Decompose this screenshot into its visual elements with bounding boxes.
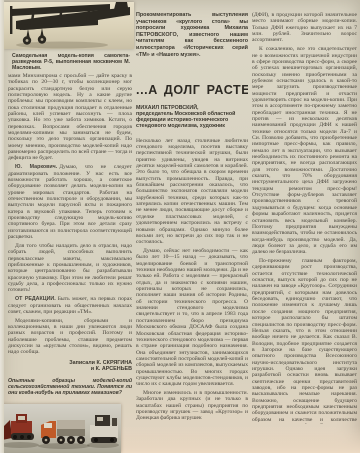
- editorial-lead: ОТ РЕДАКЦИИ.: [15, 296, 56, 302]
- truck-model: [41, 420, 85, 444]
- vehicle-models-icon: [0, 404, 121, 453]
- body-paragraph: К сожалению, все это свидетельствует не …: [252, 46, 357, 255]
- column-left: мами Минхимпрома с просьбой — дайте крас…: [8, 73, 132, 403]
- body-paragraph: Ю. Маркович.Думаю, что не следует драмат…: [8, 164, 132, 240]
- body-paragraph: Для того чтобы наладить дело в отрасли, …: [8, 243, 132, 294]
- body-paragraph: Моделями-копиями, сборными и коллекционн…: [8, 318, 132, 356]
- body-paragraph: Многое изменилось и в промышленности. За…: [136, 390, 248, 422]
- model-airplane-photo: [4, 2, 134, 49]
- speaker-name: Ю. Маркович.: [15, 164, 57, 170]
- model-vehicles-photo: [0, 404, 121, 453]
- photo-caption-top: Самодельная модель-копия самолета-развед…: [12, 53, 130, 71]
- body-paragraph: Несколько лет назад столичные любители с…: [136, 138, 248, 246]
- column-right: (ДФИ), в продукции которой значительное …: [252, 12, 357, 424]
- body-paragraph: По-прежнему главным фактором, сдерживающ…: [252, 258, 357, 424]
- body-paragraph: ОТ РЕДАКЦИИ.Быть может, на первых порах …: [8, 296, 132, 315]
- magazine-page: Самодельная модель-копия самолета-развед…: [0, 0, 360, 453]
- byline-role: председатель Московской областной федера…: [136, 111, 248, 130]
- column-middle: Прокомментировать выступления участников…: [136, 12, 248, 424]
- authors-signature: Записали К. СКРЯГИНА и К. АРСЕНЬЕВ: [8, 360, 132, 373]
- article-headline: ...А ДОЛГ РАСТЕТ: [136, 87, 248, 93]
- article-intro: Прокомментировать выступления участников…: [136, 12, 248, 58]
- body-paragraph: (ДФИ), в продукции которой значительное …: [252, 12, 357, 44]
- body-paragraph: мами Минхимпрома с просьбой — дайте крас…: [8, 73, 132, 162]
- photo-caption-bottom: Опытные образцы моделей-копий сельскохоз…: [8, 378, 132, 396]
- biplane-silhouette-icon: [4, 2, 134, 49]
- body-paragraph: Думаю, сейчас нет необходимости — как бы…: [136, 248, 248, 388]
- page-edge: [0, 0, 4, 453]
- article-byline: МИХАИЛ ПЕТРОВСКИЙ, председатель Московск…: [136, 105, 248, 130]
